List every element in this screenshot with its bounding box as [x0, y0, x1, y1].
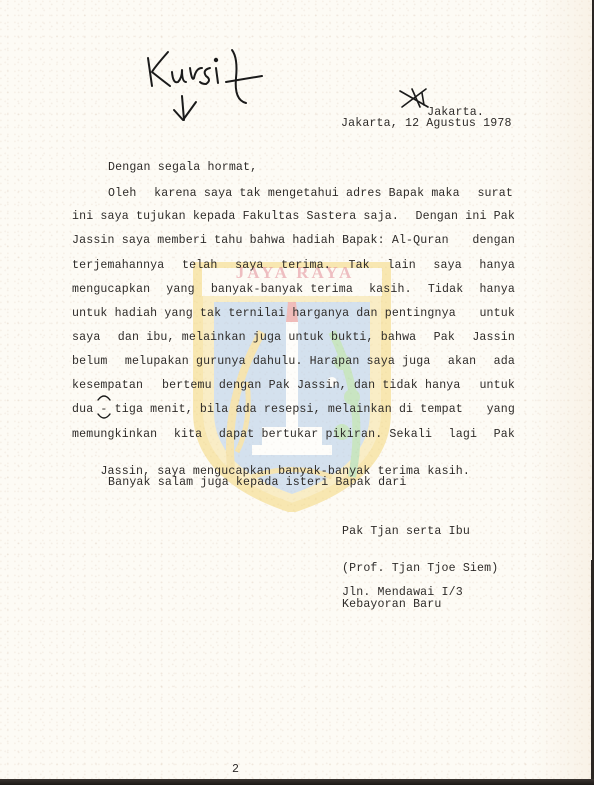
word: Tidak: [428, 283, 464, 296]
word: memungkinkan: [72, 428, 157, 441]
word: akan: [448, 355, 476, 368]
word: telah: [182, 259, 218, 272]
word: karena saya tak mengetahui adres Bapak m…: [154, 187, 460, 200]
body-line-3: Jassin saya memberi tahu bahwa hadiah Ba…: [72, 234, 515, 247]
word: Tak: [348, 259, 369, 272]
word: hanya: [479, 259, 515, 272]
date-line: Jakarta, 12 Agustus 1978: [341, 117, 512, 130]
salutation: Dengan segala hormat,: [108, 161, 257, 174]
body-line-10: dua - tiga menit, bila ada resepsi, mela…: [72, 403, 515, 416]
word: Dengan ini Pak: [415, 210, 515, 223]
word: melupakan gurunya dahulu. Harapan saya j…: [125, 355, 431, 368]
word: terima.: [281, 259, 331, 272]
word: kasih.: [369, 283, 412, 296]
word: terjemahannya: [72, 259, 164, 272]
signature-name: (Prof. Tjan Tjoe Siem): [342, 562, 498, 575]
handwritten-annotation-kursif: [140, 38, 270, 123]
word: Oleh: [108, 187, 136, 200]
word: Pak: [434, 331, 455, 344]
handwritten-spacing-mark-icon: [96, 392, 112, 422]
word: banyak-banyak terima: [211, 283, 353, 296]
word: yang: [166, 283, 194, 296]
word: lagi: [449, 428, 477, 441]
document-page: JAYA RAYA Jakarta.: [0, 0, 592, 780]
body-line-5: mengucapkan yang banyak-banyak terima ka…: [72, 283, 515, 296]
word: lain: [387, 259, 415, 272]
word: saya: [433, 259, 461, 272]
signature-sender: Pak Tjan serta Ibu: [342, 525, 470, 538]
word: dua - tiga menit, bila ada resepsi, mela…: [72, 403, 463, 416]
word: kesempatan: [72, 379, 143, 392]
word: kita: [174, 428, 202, 441]
word: Jassin: [472, 331, 515, 344]
body-line-2: ini saya tujukan kepada Fakultas Sastera…: [72, 210, 515, 223]
word: dapat bertukar pikiran. Sekali: [219, 428, 432, 441]
word: saya: [72, 331, 100, 344]
word: ini saya tujukan kepada Fakultas Sastera…: [72, 210, 399, 223]
address-line-2: Kebayoran Baru: [342, 598, 442, 611]
word: saya: [235, 259, 263, 272]
body-line-9: kesempatan bertemu dengan Pak Jassin, da…: [72, 379, 515, 392]
handwritten-strike-icon: [398, 87, 432, 109]
body-line-6: untuk hadiah yang tak ternilai harganya …: [72, 307, 515, 320]
word: dan ibu, melainkan juga untuk bukti, bah…: [118, 331, 417, 344]
word: untuk: [479, 307, 515, 320]
body-line-4: terjemahannya telah saya terima. Tak lai…: [72, 259, 515, 272]
closing-line: Banyak salam juga kepada isteri Bapak da…: [108, 476, 407, 489]
word: Jassin saya memberi tahu bahwa hadiah Ba…: [72, 234, 449, 247]
word: Pak: [494, 428, 515, 441]
scan-edge-bottom: [0, 779, 594, 785]
body-line-8: belum melupakan gurunya dahulu. Harapan …: [72, 355, 515, 368]
body-line-1: Oleh karena saya tak mengetahui adres Ba…: [108, 187, 513, 200]
word: hanya: [479, 283, 515, 296]
body-line-11: memungkinkan kita dapat bertukar pikiran…: [72, 428, 515, 441]
word: ada: [494, 355, 515, 368]
word: mengucapkan: [72, 283, 150, 296]
word: bertemu dengan Pak Jassin, dan tidak han…: [162, 379, 461, 392]
word: belum: [72, 355, 108, 368]
body-line-7: saya dan ibu, melainkan juga untuk bukti…: [72, 331, 515, 344]
word: untuk hadiah yang tak ternilai harganya …: [72, 307, 456, 320]
page-number: 2: [232, 763, 239, 776]
word: yang: [487, 403, 515, 416]
word: dengan: [472, 234, 515, 247]
word: untuk: [479, 379, 515, 392]
word: surat: [477, 187, 513, 200]
